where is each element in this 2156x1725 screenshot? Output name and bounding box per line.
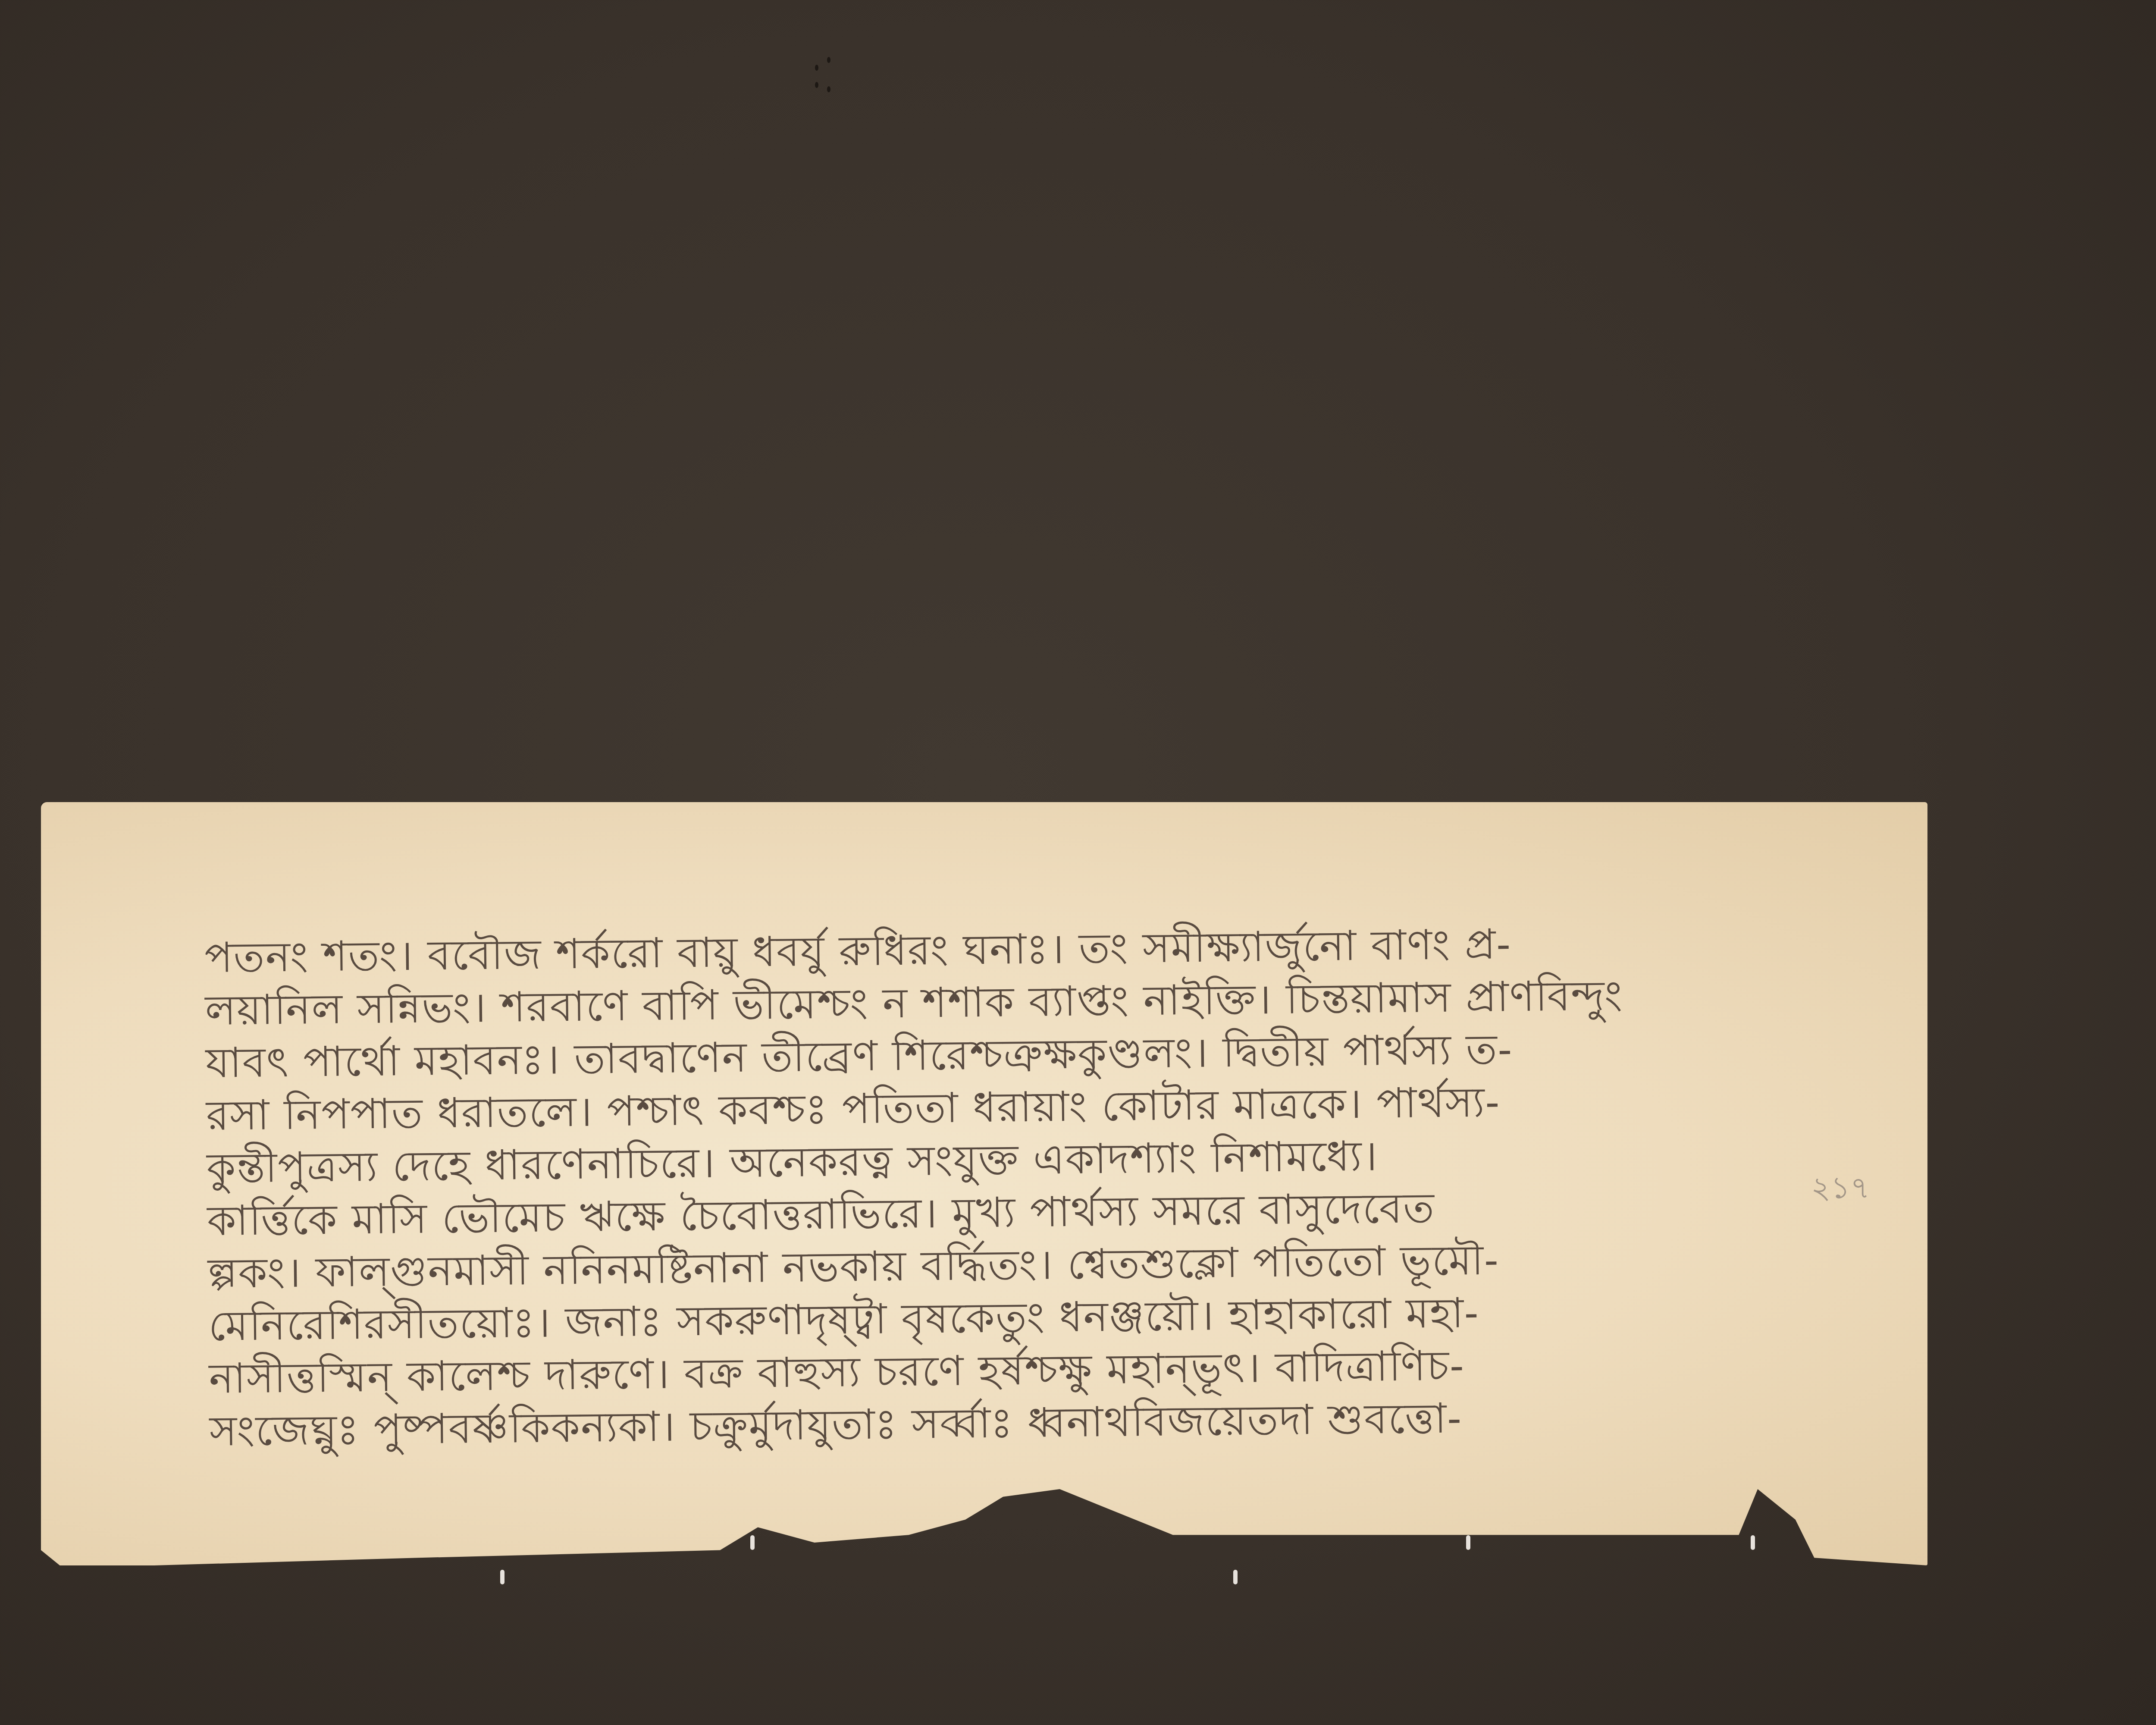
- pinhole: [815, 82, 818, 88]
- mount-pin: [1751, 1535, 1755, 1550]
- pinhole: [815, 65, 818, 71]
- pinhole: [827, 86, 830, 92]
- mount-pin: [1466, 1535, 1470, 1550]
- mount-pin: [1233, 1570, 1238, 1584]
- mount-pin: [750, 1535, 755, 1550]
- mount-pin: [500, 1570, 505, 1584]
- pinhole: [827, 57, 830, 63]
- pencil-folio-number: ২১৭: [1811, 1164, 1870, 1215]
- manuscript-text: পতনং শতং। ববৌজ শর্করো বায়ু ধবর্যু রুধির…: [204, 914, 1849, 1458]
